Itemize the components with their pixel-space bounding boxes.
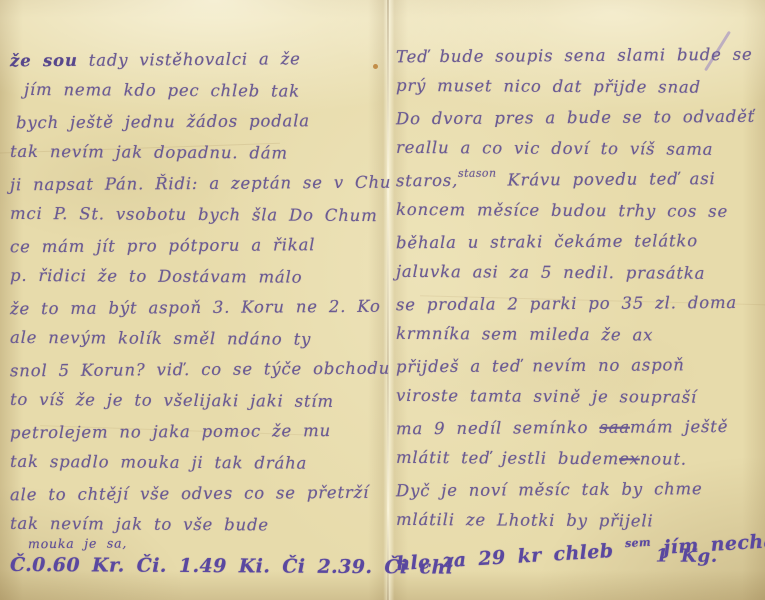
letter-line: Dyč je noví měsíc tak by chme (396, 473, 762, 507)
handwriting-text: petrolejem no jaka pomoc že mu (10, 421, 331, 442)
letter-line: ale nevým kolík směl ndáno ty (10, 322, 382, 355)
letter-line: to víš že je to všelijaki jaki stím (10, 384, 382, 417)
handwriting-text: tak nevím jak dopadnu. dám (10, 142, 288, 163)
handwriting-text: Č.0.60 Kr. Či. 1.49 Ki. Či 2.39. Či chl (10, 554, 453, 579)
handwriting-text: 1 Kg. (656, 545, 718, 566)
handwriting-text: bych ještě jednu žádos podala (16, 111, 310, 132)
handwriting-text: staros, (396, 171, 458, 190)
handwriting-text: snol 5 Korun? viď. co se týče obchodu (10, 359, 390, 381)
interline-insertion: stason (458, 158, 497, 189)
letter-line: p. řidici že to Dostávam málo (10, 260, 382, 293)
handwriting-text: ma 9 nedíl semínko (396, 418, 600, 438)
handwriting-text: že to ma být aspoň 3. Koru ne 2. Ko (10, 297, 381, 319)
letter-line: staros,stason Krávu povedu teď asi (396, 163, 762, 197)
letter-page-left: že sou tady vistěhovalci a žejím nema kd… (10, 44, 382, 583)
letter-line: že to ma být aspoň 3. Koru ne 2. Ko (10, 291, 382, 325)
handwriting-text: viroste tamta svině je soupraší (396, 386, 697, 407)
letter-line: se prodala 2 parki po 35 zl. doma (396, 287, 762, 321)
crossed-out-word: saa (599, 418, 630, 437)
handwriting-text: p. řidici že to Dostávam málo (10, 266, 302, 287)
handwriting-text: koncem měsíce budou trhy cos se (396, 200, 728, 221)
handwriting-text: tady vistěhovalci a že (78, 49, 301, 70)
handwriting-text: Dyč je noví měsíc tak by chme (396, 479, 703, 500)
handwriting-text: jaluvka asi za 5 nedil. prasátka (396, 262, 705, 283)
handwriting-text: krmníka sem mileda že ax (396, 324, 653, 345)
handwriting-text: jím nema kdo pec chleb tak (24, 80, 300, 101)
letter-line: bych ještě jednu žádos podala (10, 105, 382, 139)
letter-line: ji napsat Pán. Řidi: a zeptán se v Chu (10, 167, 382, 201)
handwriting-text: mám ještě (630, 417, 728, 437)
letter-line: 1 Kg. (396, 539, 762, 572)
letter-line: petrolejem no jaka pomoc že mu (10, 415, 382, 449)
handwriting-text: ale to chtějí vše odves co se přetrží (10, 483, 369, 505)
handwriting-text: ce mám jít pro pótporu a řikal (10, 235, 315, 256)
letter-line: tak spadlo mouka ji tak dráha (10, 446, 382, 479)
handwriting-text: to víš že je to všelijaki jaki stím (10, 390, 334, 411)
handwriting-text: mlátili ze Lhotki by přijeli (396, 510, 654, 531)
letter-line: snol 5 Korun? viď. co se týče obchodu (10, 353, 382, 387)
handwriting-text: prý muset nico dat přijde snad (396, 76, 701, 97)
handwriting-text: tak spadlo mouka ji tak dráha (10, 452, 307, 473)
letter-scan: že sou tady vistěhovalci a žejím nema kd… (0, 0, 765, 600)
letter-line: přijdeš a teď nevím no aspoň (396, 349, 762, 383)
letter-page-right: Teď bude soupis sena slami bude seprý mu… (396, 40, 762, 571)
handwriting-text: se prodala 2 parki po 35 zl. doma (396, 293, 737, 314)
handwriting-text: přijdeš a teď nevím no aspoň (396, 355, 685, 376)
handwriting-text: Krávu povedu teď asi (496, 169, 715, 190)
center-fold-crease (387, 0, 389, 600)
handwriting-text: ale nevým kolík směl ndáno ty (10, 328, 311, 349)
letter-line: tak nevím jak dopadnu. dám (10, 136, 382, 169)
letter-line: viroste tamta svině je soupraší (396, 380, 762, 413)
handwriting-text: Do dvora pres a bude se to odvaděť (396, 107, 755, 129)
letter-line: ma 9 nedíl semínko saamám ještě (396, 411, 762, 445)
handwriting-text: ji napsat Pán. Řidi: a zeptán se v Chu (10, 173, 391, 195)
letter-line: ale to chtějí vše odves co se přetrží (10, 477, 382, 511)
handwriting-text: Teď bude soupis sena slami bude se (396, 45, 753, 66)
letter-line: ce mám jít pro pótporu a řikal (10, 229, 382, 263)
handwriting-text: tak nevím jak to vše bude (10, 514, 269, 535)
letter-line: jím nema kdo pec chleb tak (10, 74, 382, 107)
letter-line: Do dvora pres a bude se to odvaděť (396, 101, 762, 135)
letter-line: prý muset nico dat přijde snad (396, 70, 762, 103)
handwriting-text: mlátit teď jestli budem (396, 448, 619, 468)
letter-line: krmníka sem mileda že ax (396, 318, 762, 351)
handwriting-text: běhala u straki čekáme telátko (396, 231, 698, 252)
letter-line: koncem měsíce budou trhy cos se (396, 194, 762, 227)
letter-line: Č.0.60 Kr. Či. 1.49 Ki. Či 2.39. Či chl (10, 548, 382, 584)
handwriting-text: že sou (10, 51, 78, 70)
handwriting-text: mci P. St. vsobotu bych šla Do Chum (10, 204, 378, 225)
letter-line: reallu a co vic doví to víš sama (396, 132, 762, 165)
letter-line: mci P. St. vsobotu bych šla Do Chum (10, 198, 382, 231)
letter-line: mlátit teď jestli budemexnout. (396, 442, 762, 475)
crossed-out-word: ex (619, 449, 640, 468)
handwriting-text: reallu a co vic doví to víš sama (396, 138, 713, 159)
letter-line: že sou tady vistěhovalci a že (10, 43, 382, 77)
letter-line: Teď bude soupis sena slami bude se (396, 39, 762, 73)
letter-line: běhala u straki čekáme telátko (396, 225, 762, 259)
handwriting-text: nout. (640, 449, 687, 468)
letter-line: jaluvka asi za 5 nedil. prasátka (396, 256, 762, 289)
